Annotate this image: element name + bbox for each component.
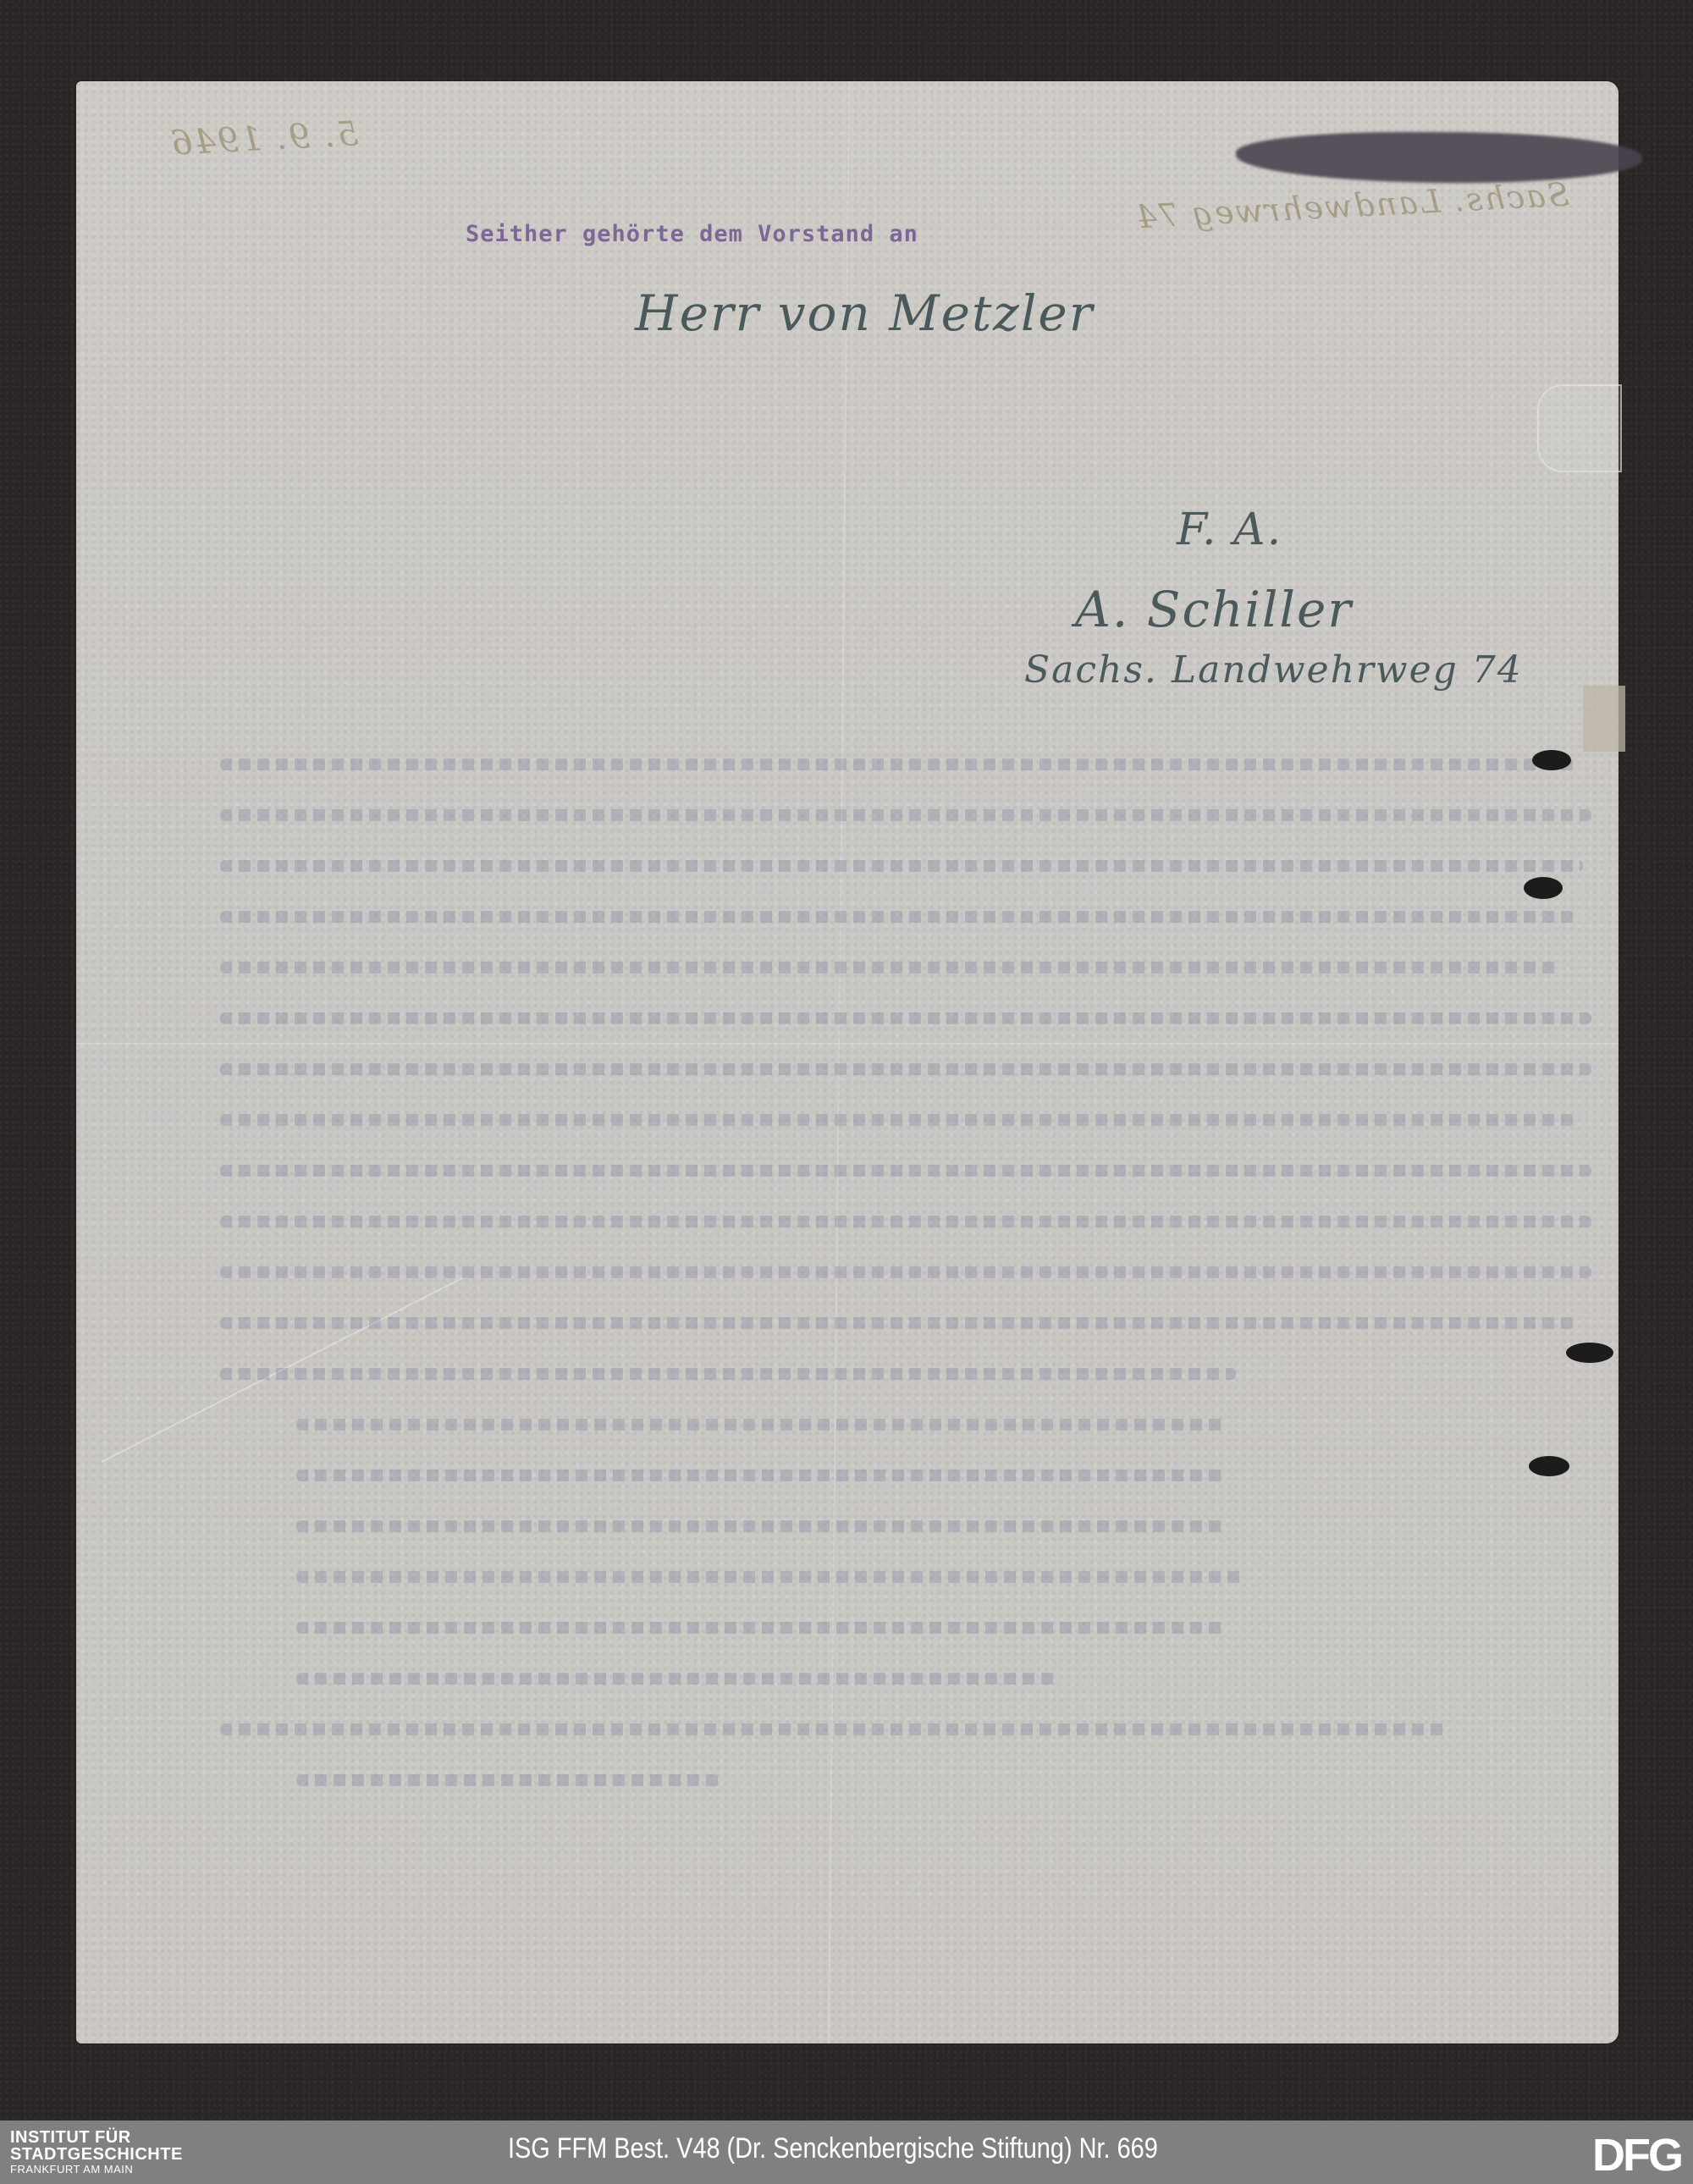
ghost-text-line [220,911,1574,923]
ghost-text-line [220,1216,1591,1227]
ghost-text-line [296,1673,1058,1685]
institute-line1: INSTITUT FÜR [10,2129,183,2146]
punch-hole [1532,750,1571,770]
ghost-text-line [220,962,1558,973]
punch-hole [1566,1343,1613,1363]
punch-hole [1524,877,1563,899]
ghost-text-line [296,1774,720,1786]
ghost-text-line [220,809,1591,821]
ghost-text-line [220,1317,1574,1329]
horizontal-fold [76,1043,1619,1045]
ghost-text-line [296,1419,1227,1431]
ghost-text-line [220,860,1583,872]
ghost-text-line [296,1571,1244,1583]
mirrored-address: Sachs. Landwehrweg 74 [1133,176,1570,236]
dfg-logo: DFG [1592,2129,1681,2181]
tape-strip [1583,686,1625,752]
ghost-text-line [296,1520,1227,1532]
typed-line: Seither gehörte dem Vorstand an [466,221,918,247]
ghost-text-line [220,1114,1574,1126]
ghost-text-line [296,1470,1227,1481]
vertical-fold [828,81,850,2043]
mirrored-date: 5. 9. 1946 [168,114,360,163]
ghost-text-line [220,1063,1591,1075]
document-sheet: 5. 9. 1946 Sachs. Landwehrweg 74 Seither… [76,81,1619,2043]
ghost-text-line [220,1723,1448,1735]
ghost-text-line [220,1266,1591,1278]
signature-prefix: F. A. [1177,505,1282,555]
handwritten-name: Herr von Metzler [635,284,1094,342]
ghost-text-line [220,1165,1591,1177]
ghost-text-line [220,1012,1591,1024]
institute-line2: STADTGESCHICHTE [10,2146,183,2163]
archive-footer: INSTITUT FÜR STADTGESCHICHTE FRANKFURT A… [0,2121,1693,2184]
signature: A. Schiller [1075,581,1353,638]
punch-hole [1529,1456,1569,1476]
ghost-text-line [296,1622,1227,1634]
archive-citation: ISG FFM Best. V48 (Dr. Senckenbergische … [508,2132,1158,2165]
ghost-text-line [220,1368,1236,1380]
institute-line3: FRANKFURT AM MAIN [10,2163,183,2176]
signature-address: Sachs. Landwehrweg 74 [1024,648,1523,692]
plastic-clip [1537,384,1622,472]
institute-logo: INSTITUT FÜR STADTGESCHICHTE FRANKFURT A… [10,2129,183,2176]
ghost-text-line [220,758,1574,770]
ink-blot [1236,132,1642,183]
